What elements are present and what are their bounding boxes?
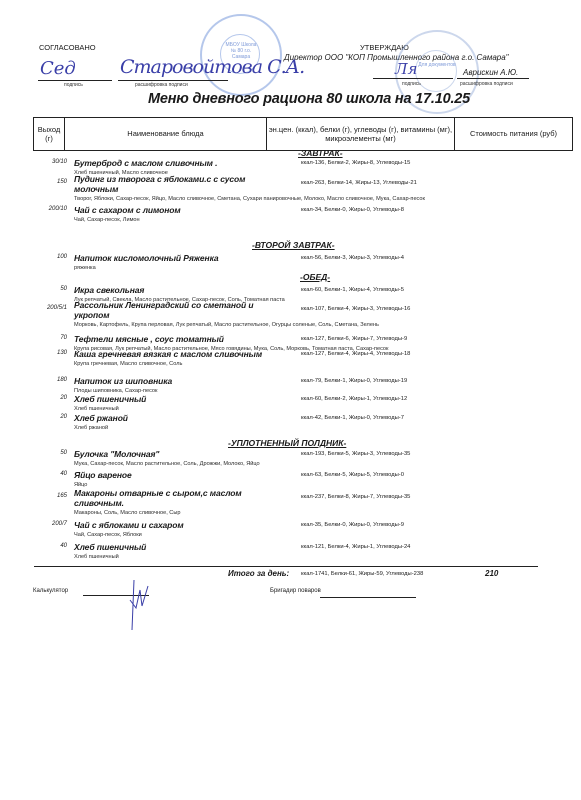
item-name: Хлеб пшеничный	[74, 542, 314, 552]
item-name: Напиток кисломолочный Ряженка	[74, 253, 314, 263]
item-name: Яйцо вареное	[74, 470, 314, 480]
signature-line	[38, 80, 112, 81]
header-yield: Выход (г)	[34, 118, 65, 150]
item-nutrition: ккал-127, Белки-4, Жиры-4, Углеводы-18	[301, 351, 410, 357]
item-name: Хлеб пшеничный	[74, 394, 314, 404]
table-header: Выход (г) Наименование блюда эн.цен. (кк…	[33, 117, 573, 151]
item-name: Бутерброд с маслом сливочным .	[74, 158, 314, 168]
signature-line	[118, 80, 228, 81]
item-ingredients: Макароны, Соль, Масло сливочное, Сыр	[74, 509, 519, 517]
item-nutrition: ккал-107, Белки-4, Жиры-3, Углеводы-16	[301, 306, 410, 312]
item-nutrition: ккал-79, Белки-1, Жиры-0, Углеводы-19	[301, 378, 407, 384]
item-nutrition: ккал-60, Белки-1, Жиры-4, Углеводы-5	[301, 287, 404, 293]
left-signature-name: Старовойтова С.А.	[120, 56, 304, 78]
section-title: -ВТОРОЙ ЗАВТРАК-	[252, 240, 335, 250]
totals-label: Итого за день:	[228, 569, 289, 578]
section-title: -ОБЕД-	[300, 272, 330, 282]
item-yield: 165	[35, 493, 67, 499]
item-yield: 200/5/1	[35, 305, 67, 311]
school-stamp: МБОУ Школа № 80 г.о. Самара	[200, 14, 282, 96]
item-yield: 40	[35, 543, 67, 549]
signature-line	[457, 78, 529, 79]
item-ingredients: Морковь, Картофель, Крупа перловая, Лук …	[74, 321, 519, 329]
section-title: -ЗАВТРАК-	[298, 148, 343, 158]
item-yield: 20	[35, 414, 67, 420]
right-signature: Ля	[395, 60, 417, 78]
item-nutrition: ккал-56, Белки-3, Жиры-3, Углеводы-4	[301, 255, 404, 261]
item-name: Рассольник Ленинградский со сметаной и у…	[74, 300, 279, 320]
totals-divider	[34, 566, 538, 567]
section-title: -УПЛОТНЕННЫЙ ПОЛДНИК-	[228, 438, 346, 448]
totals-nutrition: ккал-1741, Белки-61, Жиры-59, Углеводы-2…	[301, 571, 423, 577]
item-nutrition: ккал-121, Белки-4, Жиры-1, Углеводы-24	[301, 544, 410, 550]
item-name: Хлеб ржаной	[74, 413, 314, 423]
chef-label: Бригадир поваров	[270, 588, 321, 594]
item-nutrition: ккал-34, Белки-0, Жиры-0, Углеводы-8	[301, 207, 404, 213]
header-nutrition: эн.цен. (ккал), белки (г), углеводы (г),…	[267, 118, 455, 150]
item-ingredients: Мука, Сахар-песок, Масло растительное, С…	[74, 460, 519, 468]
signature-caption: подпись	[402, 81, 421, 87]
totals-cost: 210	[485, 569, 498, 578]
item-nutrition: ккал-263, Белки-14, Жиры-13, Углеводы-21	[301, 180, 417, 186]
item-nutrition: ккал-136, Белки-2, Жиры-8, Углеводы-15	[301, 160, 410, 166]
company-stamp-text: Для документов	[417, 62, 457, 68]
agreed-label: СОГЛАСОВАНО	[39, 43, 96, 52]
item-yield: 40	[35, 471, 67, 477]
item-nutrition: ккал-237, Белки-8, Жиры-7, Углеводы-35	[301, 494, 410, 500]
item-name: Макароны отварные с сыром,с маслом сливо…	[74, 488, 279, 508]
item-yield: 50	[35, 450, 67, 456]
item-name: Булочка "Молочная"	[74, 449, 314, 459]
signature-caption: подпись	[64, 82, 83, 88]
item-ingredients: Хлеб ржаной	[74, 424, 519, 432]
signature-line	[373, 78, 453, 79]
item-ingredients: ряженка	[74, 264, 519, 272]
header-dish-name: Наименование блюда	[65, 118, 267, 150]
item-yield: 180	[35, 377, 67, 383]
item-yield: 20	[35, 395, 67, 401]
item-yield: 200/10	[35, 206, 67, 212]
left-signature: Сед	[40, 58, 76, 79]
item-ingredients: Хлеб пшеничный	[74, 405, 519, 413]
calculator-signature	[128, 580, 152, 630]
item-yield: 200/7	[35, 521, 67, 527]
item-yield: 150	[35, 179, 67, 185]
chef-signature-line	[320, 597, 416, 598]
item-nutrition: ккал-42, Белки-1, Жиры-0, Углеводы-7	[301, 415, 404, 421]
item-name: Пудинг из творога с яблоками.с с сусом м…	[74, 174, 279, 194]
decoding-caption: расшифровка подписи	[460, 81, 513, 87]
item-yield: 70	[35, 335, 67, 341]
item-nutrition: ккал-193, Белки-5, Жиры-3, Углеводы-35	[301, 451, 410, 457]
item-name: Чай с яблоками и сахаром	[74, 520, 314, 530]
item-yield: 30/10	[35, 159, 67, 165]
item-name: Тефтели мясные , соус томатный	[74, 334, 314, 344]
item-ingredients: Чай, Сахар-песок, Яблоки	[74, 531, 519, 539]
item-name: Напиток из шиповника	[74, 376, 314, 386]
page-title: Меню дневного рациона 80 школа на 17.10.…	[148, 91, 470, 107]
item-yield: 50	[35, 286, 67, 292]
item-yield: 100	[35, 254, 67, 260]
header-cost: Стоимость питания (руб)	[455, 118, 572, 150]
item-name: Икра свекольная	[74, 285, 314, 295]
item-name: Каша гречневая вязкая с маслом сливочным	[74, 349, 314, 359]
item-ingredients: Крупа гречневая, Масло сливочное, Соль	[74, 360, 519, 368]
item-nutrition: ккал-63, Белки-5, Жиры-5, Углеводы-0	[301, 472, 404, 478]
item-ingredients: Творог, Яблоки, Сахар-песок, Яйцо, Масло…	[74, 195, 519, 203]
right-signature-name: Аврискин А.Ю.	[463, 68, 518, 77]
item-name: Чай с сахаром с лимоном	[74, 205, 314, 215]
calculator-label: Калькулятор	[33, 588, 68, 594]
item-ingredients: Чай, Сахар-песок, Лимон	[74, 216, 519, 224]
item-yield: 130	[35, 350, 67, 356]
item-ingredients: Хлеб пшеничный	[74, 553, 519, 561]
item-nutrition: ккал-60, Белки-2, Жиры-1, Углеводы-12	[301, 396, 407, 402]
item-nutrition: ккал-35, Белки-0, Жиры-0, Углеводы-9	[301, 522, 404, 528]
decoding-caption: расшифровка подписи	[135, 82, 188, 88]
item-nutrition: ккал-127, Белки-6, Жиры-7, Углеводы-9	[301, 336, 407, 342]
